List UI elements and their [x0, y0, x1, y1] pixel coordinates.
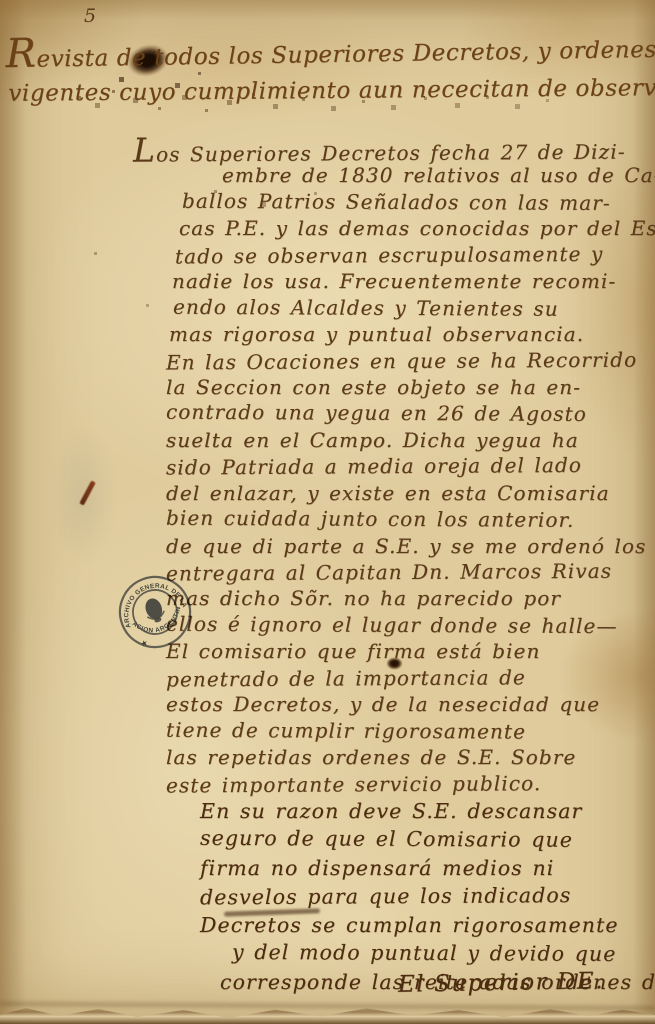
ink-showthrough [48, 420, 118, 570]
manuscript-page: 5 Revista de todos los Superiores Decret… [0, 0, 655, 1024]
manuscript-line: embre de 1830 relativos al uso de Ca- [222, 162, 652, 188]
manuscript-line: bien cuidada junto con los anterior. [166, 505, 652, 534]
manuscript-line: y del modo puntual y devido que [232, 938, 652, 969]
manuscript-line: El comisario que firma está bien [166, 638, 652, 664]
manuscript-line: firma no dispensará medios ni [200, 854, 652, 883]
manuscript-line: seguro de que el Comisario que [200, 824, 652, 855]
ink-speckles-decoration [0, 0, 3, 3]
manuscript-body: Los Superiores Decretos fecha 27 de Dizi… [166, 136, 652, 996]
manuscript-line: nadie los usa. Frecuentemente recomi- [172, 268, 652, 294]
manuscript-line: estos Decretos, y de la nesecidad que [166, 691, 652, 717]
manuscript-line: ballos Patrios Señalados con las mar- [182, 188, 652, 217]
manuscript-line: endo alos Alcaldes y Tenientes su [173, 293, 652, 322]
heading-line-2: vigentes cuyo cumplimiento aun nececitan… [8, 67, 652, 115]
manuscript-line: cas P.E. y las demas conocidas por del E… [179, 215, 652, 241]
manuscript-line: sido Patriada a media oreja del lado [166, 452, 652, 481]
manuscript-line: En su razon deve S.E. descansar [200, 797, 652, 826]
manuscript-line: Los Superiores Decretos fecha 27 de Dizi… [133, 134, 652, 164]
page-number: 5 [84, 5, 96, 27]
document-heading: Revista de todos los Superiores Decretos… [5, 23, 652, 117]
manuscript-line: penetrado de la importancia de [166, 663, 652, 692]
manuscript-line: la Seccion con este objeto se ha en- [166, 374, 652, 400]
manuscript-line: mas dicho Sõr. no ha parecido por [166, 585, 652, 611]
manuscript-line: ellos é ignoro el lugar donde se halle— [166, 611, 652, 640]
manuscript-line: tado se observan escrupulosamente y [175, 240, 652, 269]
manuscript-line: del enlazar, y existe en esta Comisaria [166, 480, 652, 506]
manuscript-line: En las Ocaciones en que se ha Recorrido [166, 346, 652, 375]
manuscript-line: tiene de cumplir rigorosamente [166, 716, 652, 745]
signature-line: El Superior DE. [398, 968, 604, 998]
manuscript-line: entregara al Capitan Dn. Marcos Rivas [166, 558, 652, 587]
manuscript-line: suelta en el Campo. Dicha yegua ha [166, 427, 652, 453]
manuscript-line: este importante servicio publico. [166, 769, 652, 798]
manuscript-line: mas rigorosa y puntual observancia. [169, 321, 652, 347]
manuscript-line: de que di parte a S.E. y se me ordenó lo… [166, 533, 652, 559]
manuscript-line: las repetidas ordenes de S.E. Sobre [166, 744, 652, 770]
manuscript-line: contrado una yegua en 26 de Agosto [166, 399, 652, 428]
manuscript-line: Decretos se cumplan rigorosamente [200, 911, 652, 940]
manuscript-line: desvelos para que los indicados [200, 881, 652, 912]
coat-of-arms-icon [142, 596, 167, 625]
